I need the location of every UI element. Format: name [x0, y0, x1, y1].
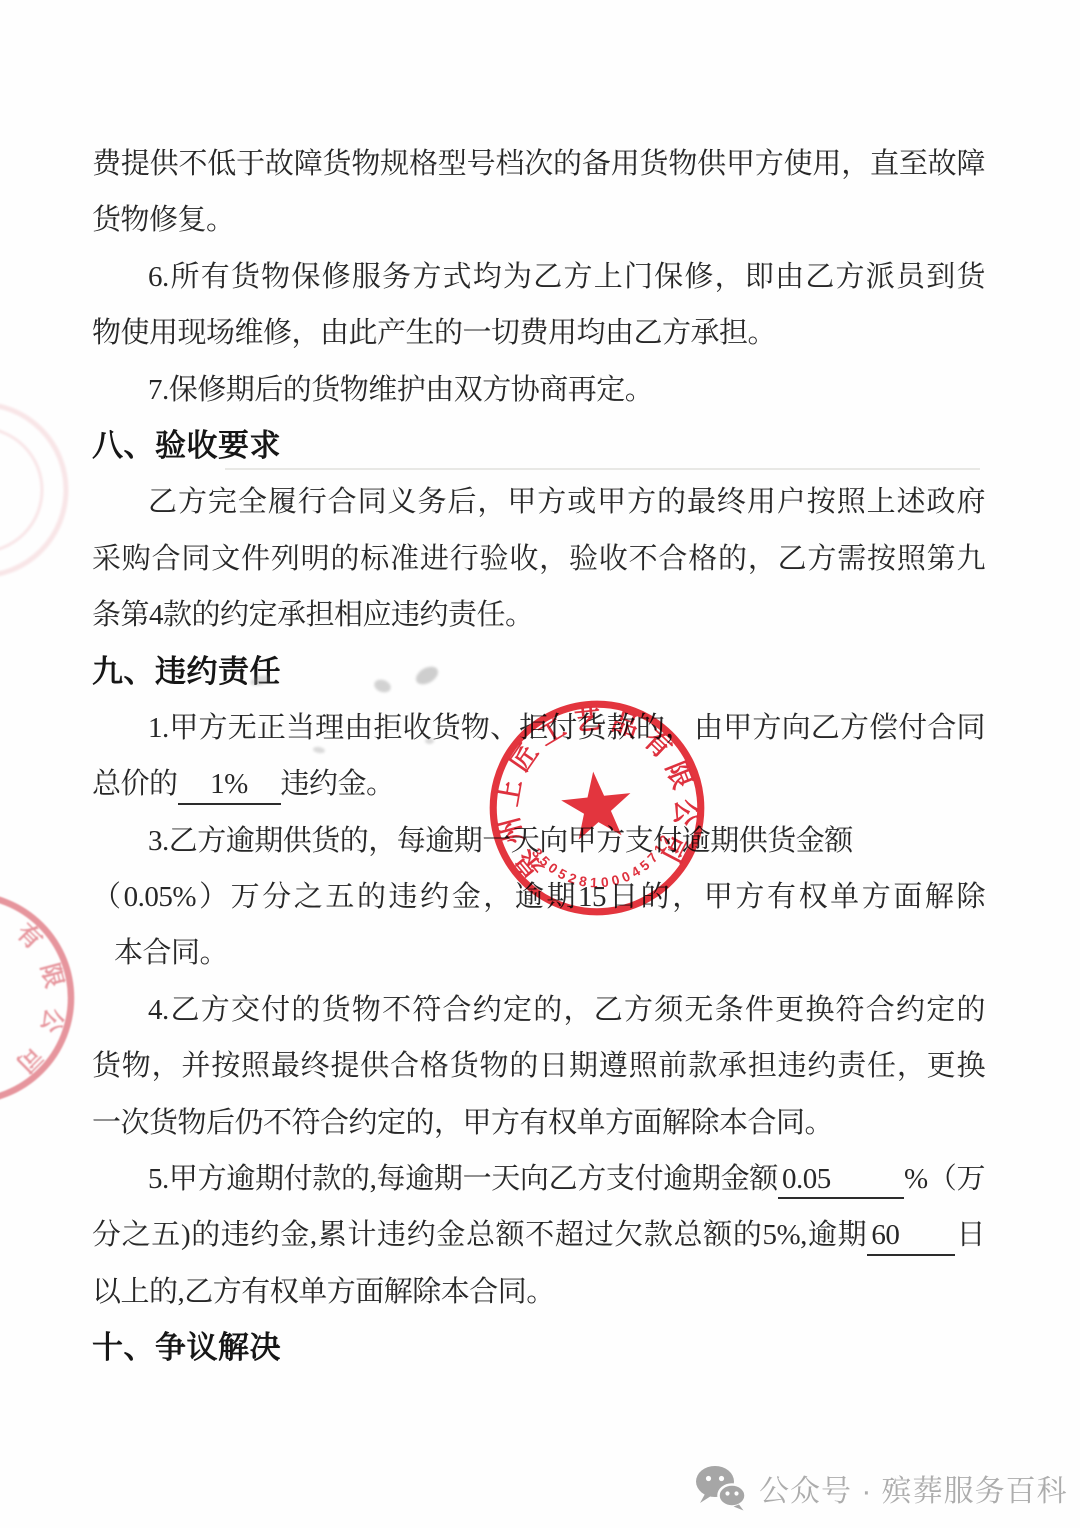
text-run: 货物，并按照最终提供合格货物的日期遵照前款承担违约责任，更换: [92, 1050, 985, 1082]
partial-stamp-faint: [0, 398, 70, 583]
text-run: 5.甲方逾期付款的,每逾期一天向乙方支付逾期金额: [148, 1163, 778, 1195]
scan-smudge: [425, 738, 434, 744]
section-heading: 九、违约责任: [92, 644, 985, 700]
document-line: 本合同。: [92, 925, 985, 981]
star-icon: [559, 768, 635, 841]
document-line: 7.保修期后的货物维护由双方协商再定。: [92, 362, 985, 418]
document-line: 采购合同文件列明的标准进行验收，验收不合格的，乙方需按照第九: [92, 531, 985, 587]
document-line: 一次货物后仍不符合约定的，甲方有权单方面解除本合同。: [92, 1095, 985, 1151]
text-run: 分之五)的违约金,累计违约金总额不超过欠款总额的5%,逾期: [92, 1219, 867, 1251]
document-line: 4.乙方交付的货物不符合约定的，乙方须无条件更换符合约定的: [92, 982, 985, 1038]
wechat-watermark: 公众号 · 殡葬服务百科: [695, 1465, 1068, 1511]
section-heading: 十、争议解决: [92, 1320, 985, 1376]
partial-stamp-text: 有限公司: [11, 918, 68, 1077]
partial-stamp-left: 有限公司: [0, 880, 90, 1120]
seal-number-text: 350528100045712: [528, 831, 678, 897]
watermark-text: 公众号 · 殡葬服务百科: [759, 1466, 1068, 1510]
text-run: 条第4款的约定承担相应违约责任。: [92, 599, 534, 631]
company-seal-stamp: 泉州上匠工艺品有限公司 350528100045712: [468, 679, 725, 936]
text-run: 违约金。: [281, 768, 395, 800]
scan-artifact-line: [225, 468, 980, 470]
document-line: 货物，并按照最终提供合格货物的日期遵照前款承担违约责任，更换: [92, 1038, 985, 1094]
partial-stamp-ring: [0, 404, 66, 576]
document-line: 费提供不低于故障货物规格型号档次的备用货物供甲方使用，直至故障: [92, 136, 985, 192]
text-run: 总价的: [92, 768, 178, 800]
document-line: 5.甲方逾期付款的,每逾期一天向乙方支付逾期金额0.05%（万: [92, 1151, 985, 1207]
text-run: 7.保修期后的货物维护由双方协商再定。: [148, 374, 653, 406]
document-line: 6.所有货物保修服务方式均为乙方上门保修，即由乙方派员到货: [92, 249, 985, 305]
text-run: 一次货物后仍不符合约定的，甲方有权单方面解除本合同。: [92, 1107, 833, 1139]
contract-scan-page: 费提供不低于故障货物规格型号档次的备用货物供甲方使用，直至故障货物修复。6.所有…: [0, 0, 1080, 1528]
text-run: 物使用现场维修，由此产生的一切费用均由乙方承担。: [92, 317, 776, 349]
document-line: 以上的,乙方有权单方面解除本合同。: [92, 1264, 985, 1320]
text-run: 本合同。: [114, 937, 228, 969]
partial-stamp-inner-arc: [0, 428, 42, 552]
text-run: 乙方完全履行合同义务后，甲方或甲方的最终用户按照上述政府: [148, 486, 985, 518]
filled-blank: 60: [867, 1219, 955, 1255]
text-run: 以上的,乙方有权单方面解除本合同。: [92, 1276, 555, 1308]
text-run: 十、争议解决: [92, 1330, 281, 1365]
filled-blank: 0.05: [778, 1163, 904, 1199]
text-run: 货物修复。: [92, 204, 235, 236]
text-run: %（万: [904, 1163, 985, 1195]
document-line: 分之五)的违约金,累计违约金总额不超过欠款总额的5%,逾期60日: [92, 1207, 985, 1263]
document-line: 物使用现场维修，由此产生的一切费用均由乙方承担。: [92, 305, 985, 361]
text-run: 费提供不低于故障货物规格型号档次的备用货物供甲方使用，直至故障: [92, 148, 985, 180]
text-run: 4.乙方交付的货物不符合约定的，乙方须无条件更换符合约定的: [148, 994, 985, 1026]
section-heading: 八、验收要求: [92, 418, 985, 474]
document-line: 条第4款的约定承担相应违约责任。: [92, 587, 985, 643]
document-line: 乙方完全履行合同义务后，甲方或甲方的最终用户按照上述政府: [92, 474, 985, 530]
text-run: 6.所有货物保修服务方式均为乙方上门保修，即由乙方派员到货: [148, 261, 985, 293]
document-line: 货物修复。: [92, 192, 985, 248]
filled-blank: 1%: [178, 768, 281, 804]
text-run: 采购合同文件列明的标准进行验收，验收不合格的，乙方需按照第九: [92, 543, 985, 575]
text-run: 八、验收要求: [92, 428, 281, 463]
wechat-icon: [695, 1465, 747, 1511]
text-run: 日: [955, 1219, 985, 1251]
